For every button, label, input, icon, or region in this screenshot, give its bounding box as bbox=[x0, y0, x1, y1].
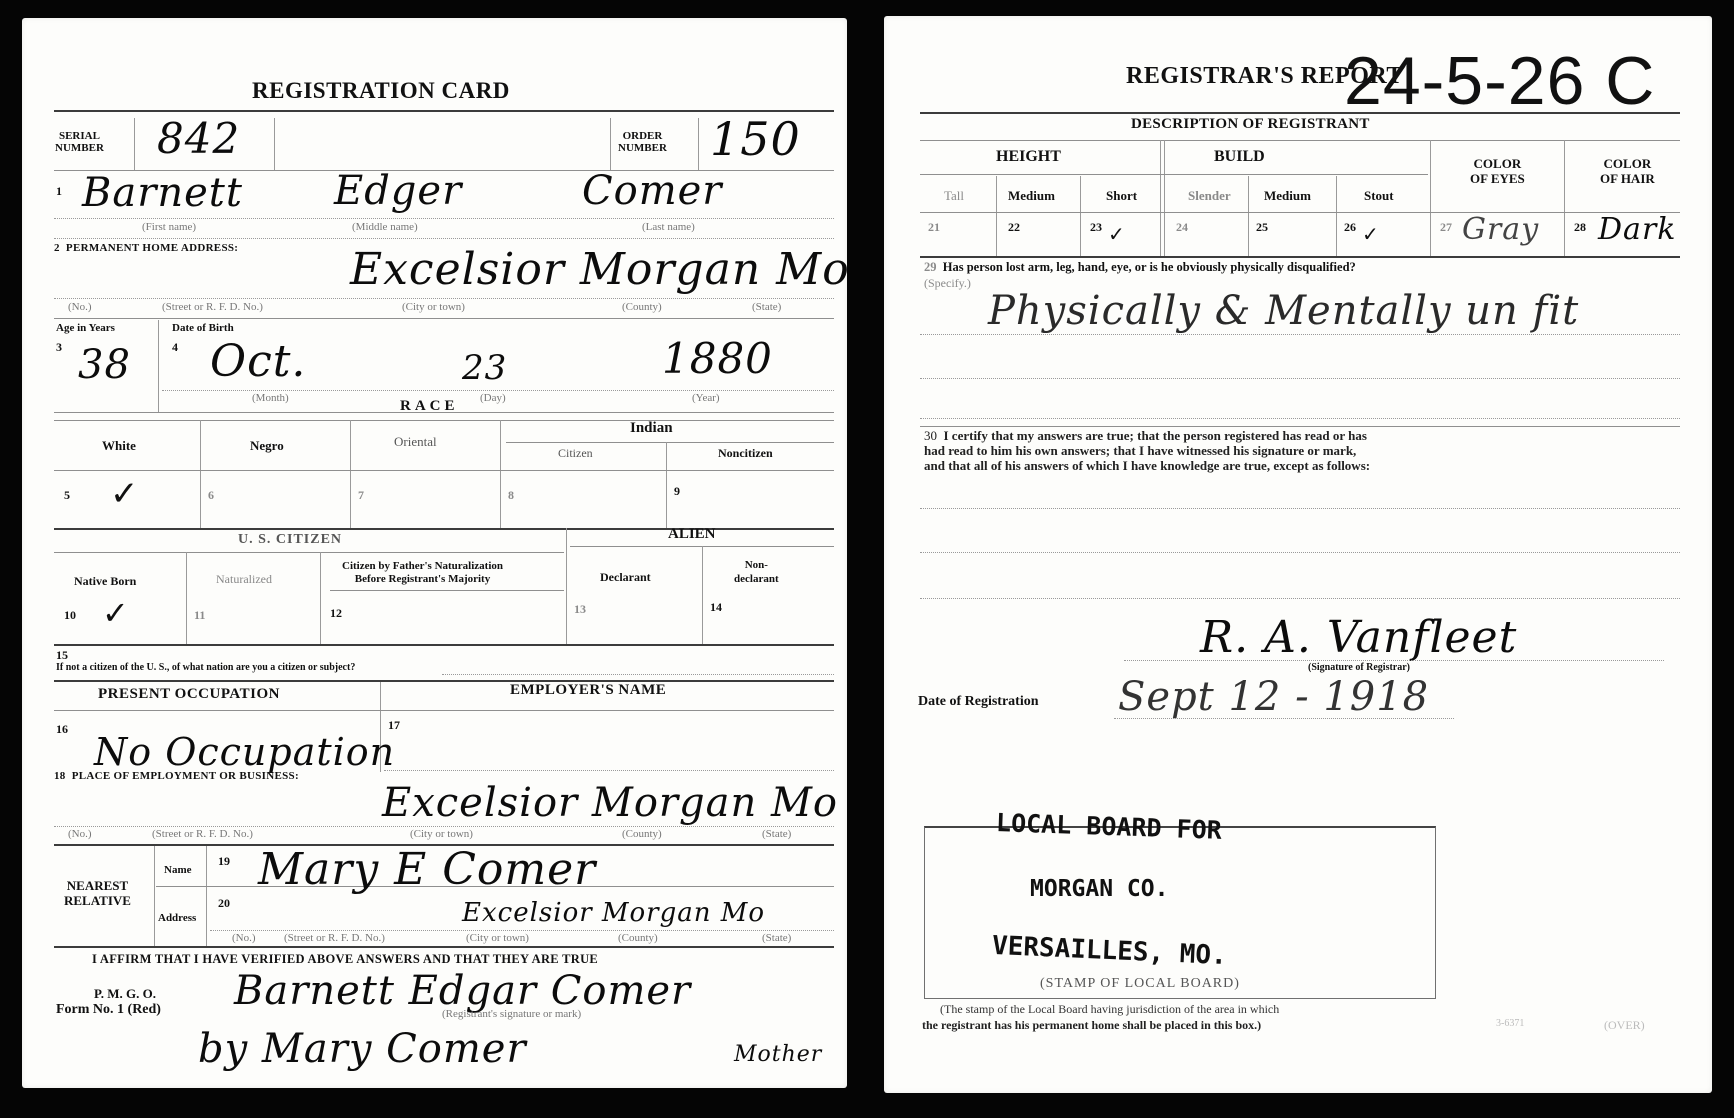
employment-sublabel-no: (No.) bbox=[68, 828, 92, 840]
home-address-value: Excelsior Morgan Mo bbox=[350, 244, 850, 295]
alien-no-nondeclarant: 14 bbox=[710, 600, 722, 615]
build-check-stout[interactable]: ✓ bbox=[1362, 222, 1379, 246]
height-header-short: Short bbox=[1106, 188, 1137, 204]
race-header-negro: Negro bbox=[250, 438, 284, 454]
over-note: (OVER) bbox=[1604, 1018, 1645, 1033]
divider bbox=[1124, 660, 1664, 661]
employment-sublabel-state: (State) bbox=[762, 828, 791, 840]
divider bbox=[54, 644, 834, 646]
divider bbox=[1248, 176, 1249, 256]
line-number: 4 bbox=[172, 340, 178, 355]
alien-no-declarant: 13 bbox=[574, 602, 586, 617]
form-code-line-1: P. M. G. O. bbox=[94, 986, 156, 1002]
race-header-indian-noncitizen: Noncitizen bbox=[718, 446, 773, 461]
divider bbox=[200, 420, 201, 528]
divider bbox=[54, 420, 834, 421]
certify-line: had read to him his own answers; that I … bbox=[924, 443, 1370, 458]
build-header-medium: Medium bbox=[1264, 188, 1311, 204]
description-title: DESCRIPTION OF REGISTRANT bbox=[1131, 116, 1370, 133]
employment-place-value: Excelsior Morgan Mo bbox=[382, 780, 838, 826]
relative-sublabel-state: (State) bbox=[762, 932, 791, 944]
dob-month: Oct. bbox=[210, 336, 306, 387]
eyes-no: 27 bbox=[1440, 220, 1452, 235]
disability-value: Physically & Mentally un fit bbox=[988, 288, 1579, 334]
relative-address-label: Address bbox=[158, 912, 196, 924]
certify-line: and that all of his answers of which I h… bbox=[924, 458, 1370, 473]
line-number: 18 bbox=[54, 770, 66, 782]
divider bbox=[186, 552, 187, 644]
employment-sublabel-street: (Street or R. F. D. No.) bbox=[152, 828, 253, 840]
citizen-header-father: Citizen by Father's Naturalization Befor… bbox=[342, 560, 503, 586]
line-number: 17 bbox=[388, 718, 400, 733]
address-sublabel-county: (County) bbox=[622, 301, 662, 313]
registrar-report-card: REGISTRAR'S REPORT 24-5-26 C DESCRIPTION… bbox=[884, 16, 1712, 1093]
serial-label: SERIAL NUMBER bbox=[55, 130, 104, 154]
divider bbox=[210, 930, 834, 931]
divider bbox=[920, 256, 1680, 258]
divider bbox=[920, 378, 1680, 379]
address-sublabel-street: (Street or R. F. D. No.) bbox=[162, 301, 263, 313]
divider bbox=[320, 552, 321, 644]
divider bbox=[54, 552, 564, 553]
divider bbox=[920, 418, 1680, 419]
divider bbox=[54, 318, 834, 319]
divider bbox=[274, 118, 275, 170]
race-header-white: White bbox=[102, 438, 136, 454]
eyes-header-line: COLOR bbox=[1470, 156, 1525, 171]
line-number: 15 bbox=[56, 648, 68, 663]
divider bbox=[920, 112, 1680, 114]
dob-label: Date of Birth bbox=[172, 322, 234, 334]
divider bbox=[54, 946, 834, 948]
citizen-header-father-line: Citizen by Father's Naturalization bbox=[342, 560, 503, 573]
height-title: HEIGHT bbox=[996, 148, 1061, 166]
divider bbox=[350, 420, 351, 528]
age-label: Age in Years bbox=[56, 322, 115, 334]
citizen-check-native[interactable]: ✓ bbox=[102, 594, 129, 632]
relative-sublabel-county: (County) bbox=[618, 932, 658, 944]
divider bbox=[920, 552, 1680, 553]
registration-card: REGISTRATION CARD SERIAL NUMBER 842 ORDE… bbox=[22, 18, 847, 1088]
divider bbox=[920, 174, 1428, 175]
hair-header-line: COLOR bbox=[1600, 156, 1655, 171]
nearest-relative-label-line: RELATIVE bbox=[64, 893, 131, 908]
employment-place-label: 18 PLACE OF EMPLOYMENT OR BUSINESS: bbox=[54, 770, 299, 782]
divider bbox=[702, 546, 703, 644]
divider bbox=[698, 118, 699, 170]
divider bbox=[506, 442, 834, 443]
race-no-oriental: 7 bbox=[358, 488, 364, 503]
first-name-label: (First name) bbox=[142, 221, 196, 233]
divider bbox=[920, 212, 1680, 213]
middle-name: Edger bbox=[334, 168, 462, 214]
divider bbox=[1160, 140, 1161, 256]
employment-place-label-text: PLACE OF EMPLOYMENT OR BUSINESS: bbox=[72, 770, 299, 782]
height-no-medium: 22 bbox=[1008, 220, 1020, 235]
build-no-stout: 26 bbox=[1344, 220, 1356, 235]
divider bbox=[666, 442, 667, 528]
divider bbox=[442, 674, 834, 675]
line-number: 29 bbox=[924, 260, 937, 274]
last-name-label: (Last name) bbox=[642, 221, 695, 233]
employment-sublabel-city: (City or town) bbox=[410, 828, 473, 840]
relative-sublabel-city: (City or town) bbox=[466, 932, 529, 944]
form-code-line-2: Form No. 1 (Red) bbox=[56, 1002, 161, 1018]
race-header-indian-citizen: Citizen bbox=[558, 446, 593, 461]
divider bbox=[54, 710, 834, 711]
height-no-short: 23 bbox=[1090, 220, 1102, 235]
stamp-note-line-1: (The stamp of the Local Board having jur… bbox=[940, 1002, 1279, 1017]
divider bbox=[1164, 140, 1165, 256]
signature-relation: Mother bbox=[734, 1042, 822, 1067]
relative-name-value: Mary E Comer bbox=[258, 844, 596, 895]
citizen-header-naturalized: Naturalized bbox=[216, 572, 272, 587]
divider bbox=[920, 508, 1680, 509]
race-no-white: 5 bbox=[64, 488, 70, 503]
build-no-medium: 25 bbox=[1256, 220, 1268, 235]
line-number: 16 bbox=[56, 722, 68, 737]
serial-label-line: NUMBER bbox=[55, 142, 104, 154]
stamp-line-2: MORGAN CO. bbox=[1030, 876, 1168, 902]
employer-header: EMPLOYER'S NAME bbox=[510, 682, 666, 699]
divider bbox=[134, 118, 135, 170]
registrant-signature-label: (Registrant's signature or mark) bbox=[442, 1008, 581, 1020]
dob-day: 23 bbox=[462, 348, 507, 388]
dob-year: 1880 bbox=[662, 334, 773, 383]
relative-name-label: Name bbox=[164, 864, 192, 876]
alien-header-nondeclarant: Non- declarant bbox=[734, 558, 779, 586]
height-header-medium: Medium bbox=[1008, 188, 1055, 204]
line-number: 19 bbox=[218, 854, 230, 869]
race-no-indian-citizen: 8 bbox=[508, 488, 514, 503]
address-sublabel-state: (State) bbox=[752, 301, 781, 313]
eyes-header: COLOR OF EYES bbox=[1470, 156, 1525, 186]
divider bbox=[920, 334, 1680, 335]
certify-paragraph: 30 I certify that my answers are true; t… bbox=[924, 428, 1370, 473]
divider bbox=[1430, 140, 1431, 256]
build-header-slender: Slender bbox=[1188, 188, 1231, 204]
race-title: RACE bbox=[400, 398, 459, 415]
citizen-header-father-line: Before Registrant's Majority bbox=[342, 573, 503, 586]
order-label-line: NUMBER bbox=[618, 142, 667, 154]
race-indian-label: Indian bbox=[630, 420, 673, 437]
race-header-oriental: Oriental bbox=[394, 434, 437, 450]
line-number: 2 bbox=[54, 242, 60, 254]
hair-no: 28 bbox=[1574, 220, 1586, 235]
eyes-header-line: OF EYES bbox=[1470, 171, 1525, 186]
divider bbox=[566, 528, 567, 644]
stamp-number: 24-5-26 C bbox=[1344, 42, 1655, 120]
registrar-signature-label: (Signature of Registrar) bbox=[1308, 662, 1410, 673]
alien-header-nondeclarant-line: declarant bbox=[734, 572, 779, 586]
signature-by: by Mary Comer bbox=[198, 1026, 527, 1072]
hair-value: Dark bbox=[1598, 212, 1676, 247]
divider bbox=[996, 176, 997, 256]
divider bbox=[610, 118, 611, 170]
divider bbox=[54, 470, 834, 471]
first-name: Barnett bbox=[82, 170, 243, 216]
divider bbox=[920, 140, 1680, 141]
height-check-short[interactable]: ✓ bbox=[1108, 222, 1125, 246]
dob-day-label: (Day) bbox=[480, 392, 506, 404]
last-name: Comer bbox=[582, 168, 722, 214]
citizen-no-naturalized: 11 bbox=[194, 608, 205, 623]
certify-line: I certify that my answers are true; that… bbox=[944, 428, 1367, 443]
dob-month-label: (Month) bbox=[252, 392, 289, 404]
disability-question: 29 Has person lost arm, leg, hand, eye, … bbox=[924, 260, 1356, 275]
divider bbox=[500, 420, 501, 528]
order-label-line: ORDER bbox=[618, 130, 667, 142]
nearest-relative-label-line: NEAREST bbox=[64, 878, 131, 893]
serial-label-line: SERIAL bbox=[55, 130, 104, 142]
divider bbox=[1336, 176, 1337, 256]
divider bbox=[162, 390, 834, 391]
stamp-note-line-2: the registrant has his permanent home sh… bbox=[922, 1018, 1261, 1033]
divider bbox=[1080, 176, 1081, 256]
build-title: BUILD bbox=[1214, 148, 1265, 166]
line-number: 30 bbox=[924, 428, 937, 443]
relative-address-value: Excelsior Morgan Mo bbox=[462, 898, 765, 928]
divider bbox=[1564, 140, 1565, 256]
divider bbox=[54, 298, 834, 299]
serial-number: 842 bbox=[157, 114, 240, 163]
divider bbox=[154, 846, 155, 946]
disability-specify-label: (Specify.) bbox=[924, 276, 971, 291]
hair-header-line: OF HAIR bbox=[1600, 171, 1655, 186]
age-value: 38 bbox=[78, 342, 131, 388]
employment-sublabel-county: (County) bbox=[622, 828, 662, 840]
home-address-label: 2 PERMANENT HOME ADDRESS: bbox=[54, 242, 238, 254]
stamp-caption: (STAMP OF LOCAL BOARD) bbox=[1040, 976, 1240, 992]
order-label: ORDER NUMBER bbox=[618, 130, 667, 154]
alien-title: ALIEN bbox=[668, 526, 716, 543]
citizen-no-native: 10 bbox=[64, 608, 76, 623]
divider bbox=[920, 598, 1680, 599]
race-no-indian-noncitizen: 9 bbox=[674, 484, 680, 499]
alien-header-nondeclarant-line: Non- bbox=[734, 558, 779, 572]
build-no-slender: 24 bbox=[1176, 220, 1188, 235]
line-number: 20 bbox=[218, 896, 230, 911]
occupation-value: No Occupation bbox=[94, 730, 395, 774]
card-title: REGISTRATION CARD bbox=[252, 78, 510, 104]
relative-sublabel-no: (No.) bbox=[232, 932, 256, 944]
divider bbox=[54, 528, 834, 530]
divider bbox=[920, 426, 1680, 427]
alien-header-declarant: Declarant bbox=[600, 570, 651, 585]
divider bbox=[1114, 718, 1454, 719]
registration-date-label: Date of Registration bbox=[918, 694, 1039, 710]
divider bbox=[330, 590, 564, 591]
divider bbox=[54, 238, 834, 239]
divider bbox=[158, 320, 159, 412]
address-sublabel-no: (No.) bbox=[68, 301, 92, 313]
address-sublabel-city: (City or town) bbox=[402, 301, 465, 313]
divider bbox=[206, 846, 207, 946]
height-header-tall: Tall bbox=[944, 188, 964, 204]
registrar-signature: R. A. Vanfleet bbox=[1200, 612, 1517, 663]
line-number: 3 bbox=[56, 340, 62, 355]
disability-question-text: Has person lost arm, leg, hand, eye, or … bbox=[943, 260, 1356, 274]
dob-year-label: (Year) bbox=[692, 392, 720, 404]
relative-sublabel-street: (Street or R. F. D. No.) bbox=[284, 932, 385, 944]
local-board-stamp-box bbox=[924, 826, 1436, 999]
divider bbox=[54, 218, 834, 219]
height-no-tall: 21 bbox=[928, 220, 940, 235]
home-address-label-text: PERMANENT HOME ADDRESS: bbox=[66, 242, 238, 254]
citizen-no-father: 12 bbox=[330, 606, 342, 621]
eyes-value: Gray bbox=[1462, 212, 1539, 247]
us-citizen-title: U. S. CITIZEN bbox=[238, 532, 342, 548]
citizen-header-native: Native Born bbox=[74, 574, 136, 589]
middle-name-label: (Middle name) bbox=[352, 221, 418, 233]
registration-date-value: Sept 12 - 1918 bbox=[1118, 674, 1429, 720]
build-header-stout: Stout bbox=[1364, 188, 1394, 204]
affirm-statement: I AFFIRM THAT I HAVE VERIFIED ABOVE ANSW… bbox=[92, 952, 598, 967]
line-number: 1 bbox=[56, 184, 62, 199]
form-code: 3-6371 bbox=[1496, 1018, 1524, 1029]
occupation-header: PRESENT OCCUPATION bbox=[98, 686, 280, 703]
nation-question: If not a citizen of the U. S., of what n… bbox=[56, 662, 355, 673]
order-number: 150 bbox=[710, 112, 801, 166]
divider bbox=[54, 826, 834, 827]
race-check-white[interactable]: ✓ bbox=[110, 474, 139, 514]
divider bbox=[384, 770, 834, 771]
nearest-relative-label: NEAREST RELATIVE bbox=[64, 878, 131, 908]
hair-header: COLOR OF HAIR bbox=[1600, 156, 1655, 186]
race-no-negro: 6 bbox=[208, 488, 214, 503]
divider bbox=[54, 680, 834, 682]
